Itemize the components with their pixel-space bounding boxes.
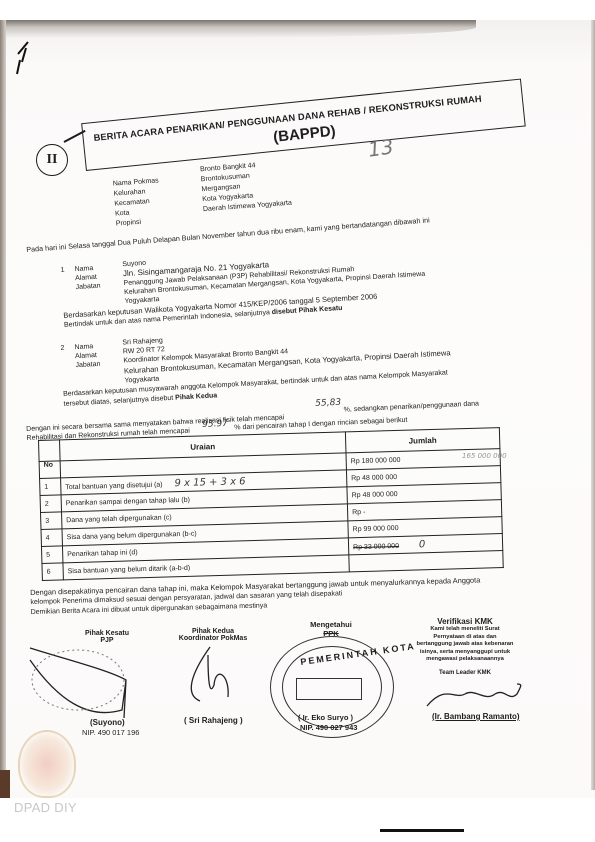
row-no: 4 <box>41 529 62 547</box>
scan-background-strip <box>0 770 10 798</box>
emblem-watermark-icon <box>18 730 76 798</box>
row-no: 1 <box>40 478 61 496</box>
row-no: 6 <box>42 563 63 581</box>
mengetahui-nip: NIP. 490 027 943 <box>300 723 357 732</box>
row-handwritten-note: 9 x 15 + 3 x 6 <box>174 476 245 489</box>
verifikasi-text-line: isinya, serta menyanggupi untuk <box>405 649 525 657</box>
row-no: 2 <box>40 495 61 513</box>
handwritten-mark-icon <box>14 38 44 78</box>
row-jumlah-handwritten: 0 <box>419 539 426 550</box>
realisasi-fisik-value: 55,83 <box>315 399 341 409</box>
pihak-kesatu-name: (Suyono) <box>90 718 125 727</box>
row-no: 3 <box>41 512 62 530</box>
pihak-kedua-name: ( Sri Rahajeng ) <box>184 716 243 725</box>
pihak-kesatu-nip: NIP. 490 017 196 <box>82 728 139 737</box>
pencairan-value: 95.97 <box>202 420 228 430</box>
row-jumlah <box>349 551 503 572</box>
pihak-kedua-signature-icon <box>180 645 240 705</box>
verifikasi-text-line: Kami telah meneliti Surat <box>405 626 525 634</box>
sig-pihak-kedua: Pihak Kedua Koordinator PokMas <box>168 628 258 642</box>
verifikasi-text-line: mengawasi pelaksanaannya <box>405 656 525 664</box>
header-field-label: Kota <box>115 209 130 219</box>
pihak-kesatu-signature-icon <box>28 640 128 720</box>
verifikasi-name: (Ir. Bambang Ramanto) <box>432 712 520 721</box>
mengetahui-name: ( Ir. Eko Suryo ) <box>298 713 353 722</box>
sig-verifikasi: Verifikasi KMK Kami telah meneliti Surat… <box>405 617 525 676</box>
verifikasi-signature-icon <box>425 680 525 710</box>
footer-bar <box>380 829 464 832</box>
handwritten-page-number: 13 <box>367 135 395 160</box>
verifikasi-text-line: Pernyataan di atas dan <box>405 634 525 642</box>
rincian-table: Uraian Jumlah No Rp 180 000 000 1Total b… <box>38 427 504 581</box>
top-amount-note: 165 000 000 <box>462 452 507 461</box>
scan-edge-right <box>591 20 595 790</box>
row-no: 5 <box>41 546 62 564</box>
verifikasi-text-line: bertanggung jawab atas kebenaran <box>405 641 525 649</box>
section-badge: II <box>36 144 68 176</box>
header-field-label: Propinsi <box>116 218 142 229</box>
scan-edge-left <box>0 20 6 790</box>
stamp-signature-box <box>296 678 362 700</box>
col-no <box>39 440 61 462</box>
watermark: DPAD DIY <box>14 800 77 815</box>
